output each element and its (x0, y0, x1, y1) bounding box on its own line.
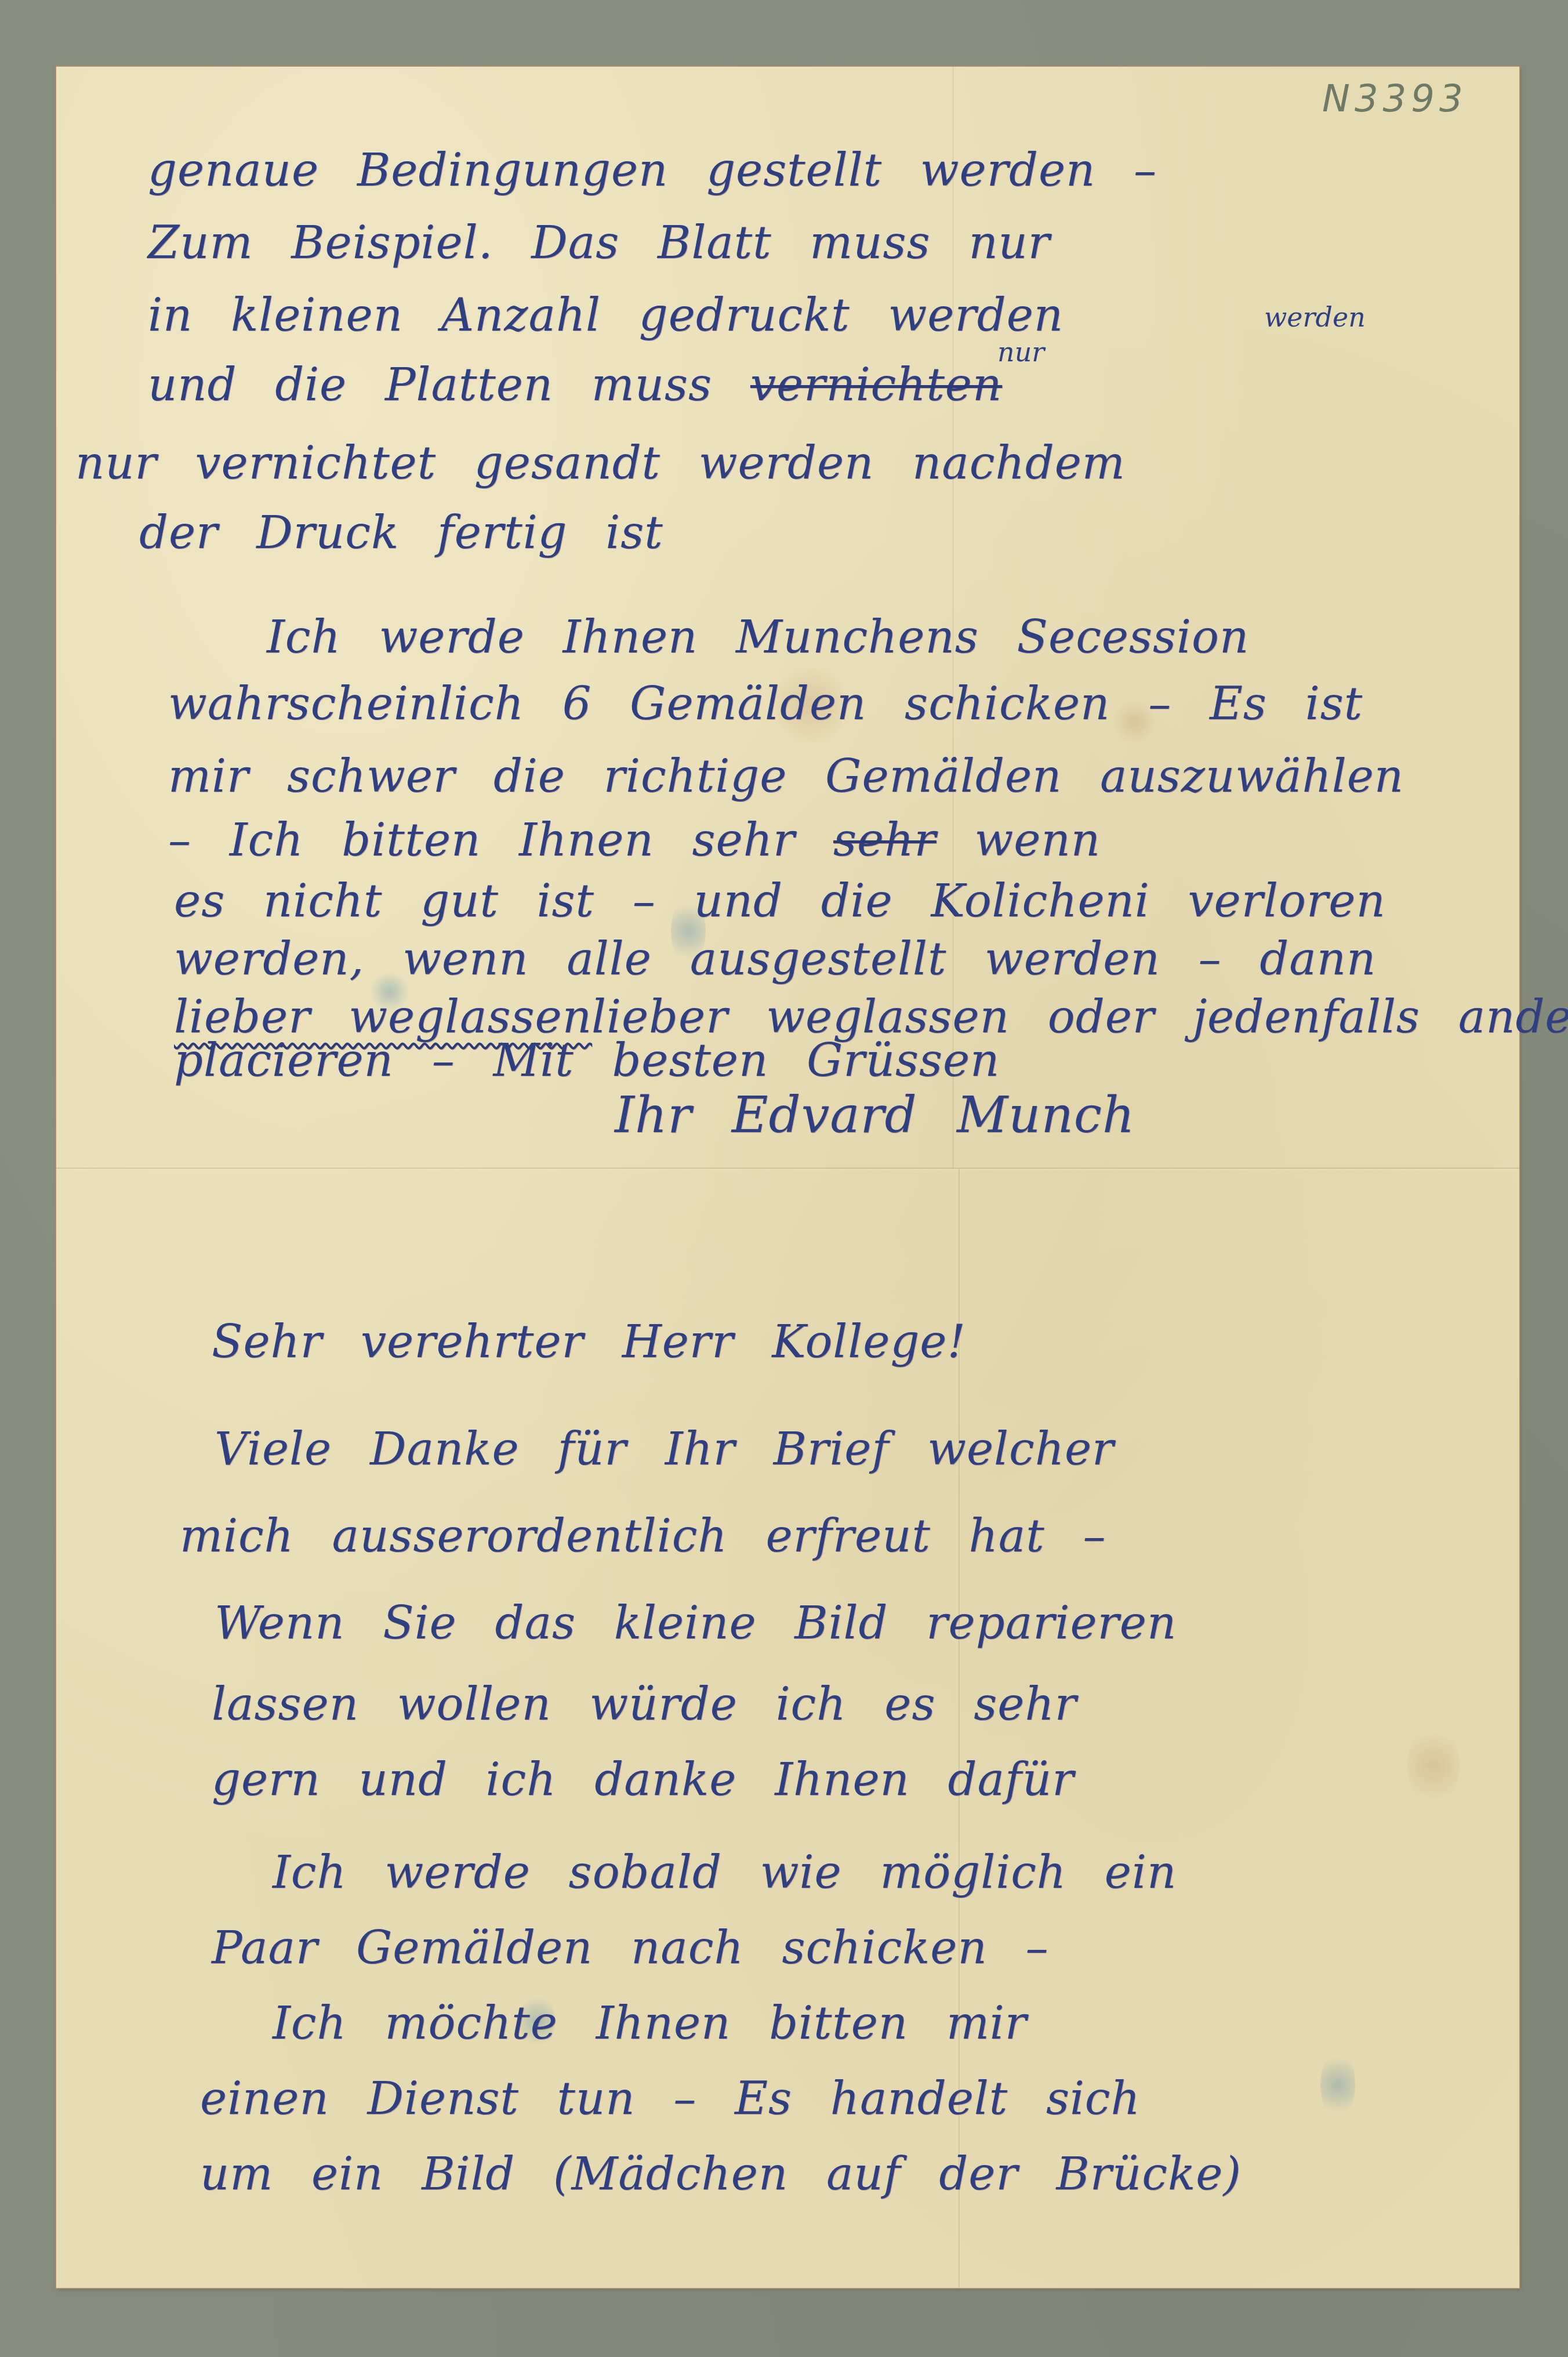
letter-line: mir schwer die richtige Gemälden auszuwä… (168, 754, 1404, 799)
letter-line: Zum Beispiel. Das Blatt muss nur (148, 220, 1050, 266)
letter-line: Viele Danke für Ihr Brief welcher (215, 1427, 1114, 1472)
letter-line-with-underline: lieber weglassen (174, 995, 592, 1040)
letter-line: lieber weglassen oder jedenfalls andersw… (591, 995, 1568, 1040)
letter-line: um ein Bild (Mädchen auf der Brücke) (200, 2152, 1242, 2197)
letter-line: es nicht gut ist – und die Kolicheni ver… (174, 879, 1386, 924)
ink-blot (1320, 2050, 1355, 2120)
letter-line: genaue Bedingungen gestellt werden – (148, 148, 1157, 193)
letter-line: gern und ich danke Ihnen dafür (212, 1757, 1074, 1803)
signature: Ihr Edvard Munch (615, 1090, 1135, 1140)
line-text: und die Platten muss (148, 359, 712, 411)
horizontal-fold-line (56, 1167, 1519, 1170)
letter-line: der Druck fertig ist (139, 510, 663, 556)
catalog-number: N3393 (1322, 78, 1468, 121)
letter-line: lassen wollen würde ich es sehr (212, 1682, 1077, 1727)
letter-line: in kleinen Anzahl gedruckt werden (148, 293, 1064, 338)
letter-line-with-correction: – Ich bitten Ihnen sehr sehr wenn (168, 818, 1101, 863)
letter-line-with-correction: einen Dienst tun – Es handelt sich (200, 2076, 1141, 2122)
struck-word: sehr (833, 814, 937, 866)
line-text: – Ich bitten Ihnen sehr (168, 814, 795, 866)
letter-line: placieren – Mit besten Grüssen (174, 1038, 1000, 1083)
letter-line: Ich möchte Ihnen bitten mir (273, 2001, 1027, 2046)
inserted-word: werden (1264, 302, 1366, 333)
letter-line: Ich werde Ihnen Munchens Secession (267, 615, 1249, 660)
inserted-word: nur (997, 336, 1044, 368)
letter-line: Ich werde sobald wie möglich ein (273, 1850, 1177, 1895)
letter-line-with-correction: und die Platten muss vernichten (148, 362, 1002, 408)
struck-word: vernichten (750, 359, 1002, 411)
letter-line: Paar Gemälden nach schicken – (212, 1926, 1049, 1971)
paper-stain (1407, 1725, 1460, 1807)
letter-line: wahrscheinlich 6 Gemälden schicken – Es … (168, 681, 1363, 727)
letter-line: mich ausserordentlich erfreut hat – (180, 1514, 1106, 1559)
letter-line: Wenn Sie das kleine Bild reparieren (215, 1601, 1177, 1646)
line-tail: wenn (975, 814, 1101, 866)
letter-line: nur vernichtet gesandt werden nachdem (75, 441, 1126, 486)
letter-line: werden, wenn alle ausgestellt werden – d… (174, 937, 1376, 982)
salutation: Sehr verehrter Herr Kollege! (212, 1319, 966, 1365)
line-text: einen Dienst tun – Es handelt sich (200, 2073, 1141, 2125)
